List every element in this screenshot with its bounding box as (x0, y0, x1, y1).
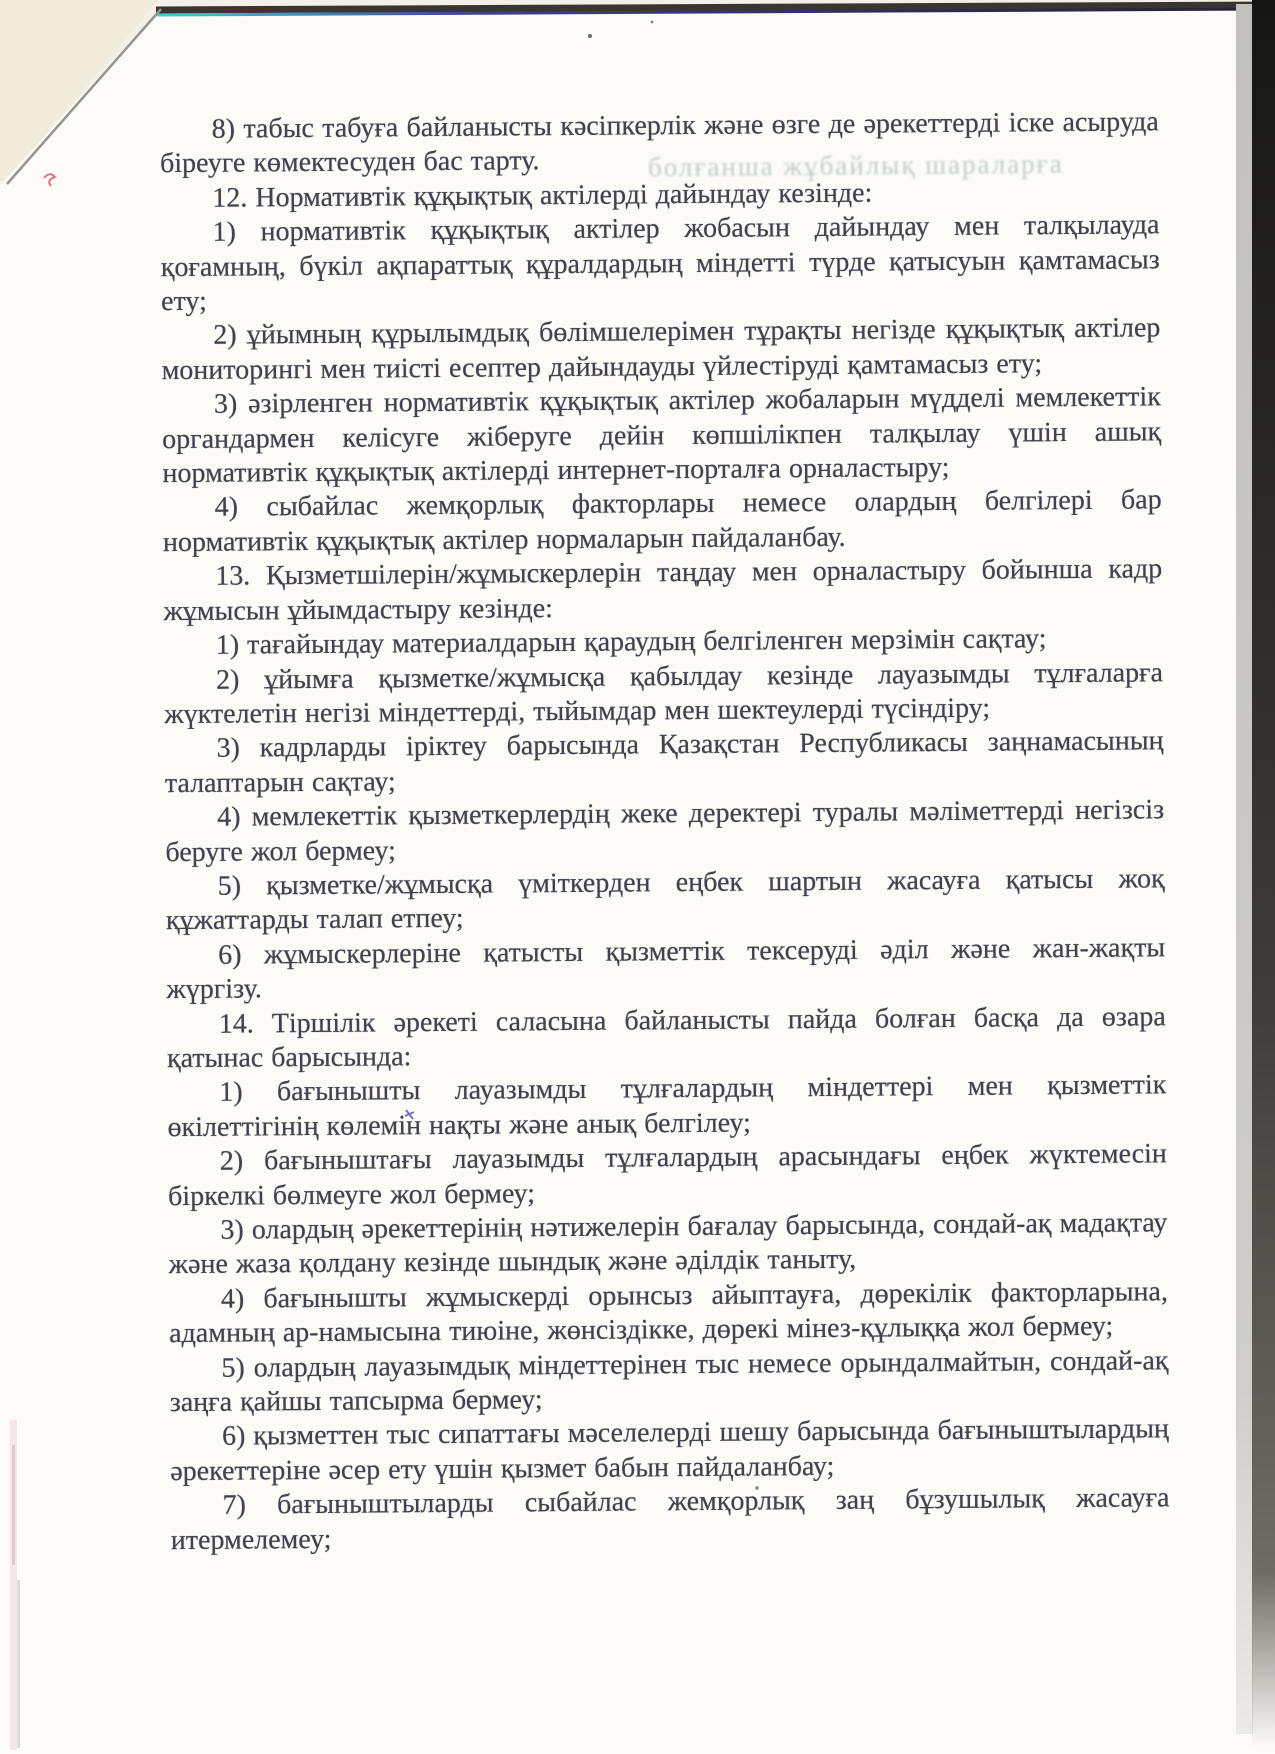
paragraph: 5) олардың лауазымдық міндеттерінен тыс … (169, 1344, 1169, 1421)
paragraph: 6) қызметтен тыс сипаттағы мәселелерді ш… (170, 1413, 1170, 1490)
paragraph: 3) әзірленген нормативтік құқықтық актіл… (162, 381, 1162, 492)
paragraph: 1) нормативтік құқықтық актілер жобасын … (160, 209, 1160, 320)
left-streak-gray-upper (12, 1445, 15, 1565)
paragraph: 3) кадрларды іріктеу барысында Қазақстан… (164, 725, 1164, 802)
paragraph: 3) олардың әрекеттерінің нәтижелерін бағ… (168, 1206, 1168, 1283)
paragraph: 5) қызметке/жұмысқа үміткерден еңбек шар… (166, 862, 1166, 939)
paragraph: 13. Қызметшілерін/жұмыскерлерін таңдау м… (163, 553, 1163, 630)
paragraph: 4) мемлекеттік қызметкерлердің жеке дере… (165, 793, 1165, 870)
right-shadow-light (1236, 4, 1253, 1734)
paragraph: 6) жұмыскерлеріне қатысты қызметтік текс… (166, 931, 1166, 1008)
scanned-document-page: болғанша жұбайлық шараларға 8) табыс таб… (0, 0, 1275, 1754)
paragraph: 2) ұйымға қызметке/жұмысқа қабылдау кезі… (164, 656, 1164, 733)
paragraph: 4) сыбайлас жемқорлық факторлары немесе … (163, 484, 1163, 561)
pink-squiggle-mark (44, 174, 55, 186)
paragraph: 14. Тіршілік әрекеті саласына байланысты… (167, 1000, 1167, 1077)
paragraph: 7) бағыныштыларды сыбайлас жемқорлық заң… (170, 1482, 1170, 1559)
paragraph: 4) бағынышты жұмыскерді орынсыз айыптауғ… (169, 1275, 1169, 1352)
paragraph: 2) бағыныштағы лауазымды тұлғалардың ара… (168, 1137, 1168, 1214)
ink-speck (588, 34, 592, 38)
paragraph: 1) бағынышты лауазымды тұлғалардың мінде… (167, 1069, 1167, 1146)
paragraph: 2) ұйымның құрылымдық бөлімшелерімен тұр… (161, 312, 1161, 389)
corner-edge-line (7, 9, 161, 184)
document-text: 8) табыс табуға байланысты кәсіпкерлік ж… (160, 105, 1170, 1558)
paragraph: 8) табыс табуға байланысты кәсіпкерлік ж… (160, 105, 1160, 182)
left-streak-gray (17, 1580, 20, 1748)
ink-speck-2 (651, 21, 654, 24)
right-shadow-dark (1252, 0, 1275, 1748)
